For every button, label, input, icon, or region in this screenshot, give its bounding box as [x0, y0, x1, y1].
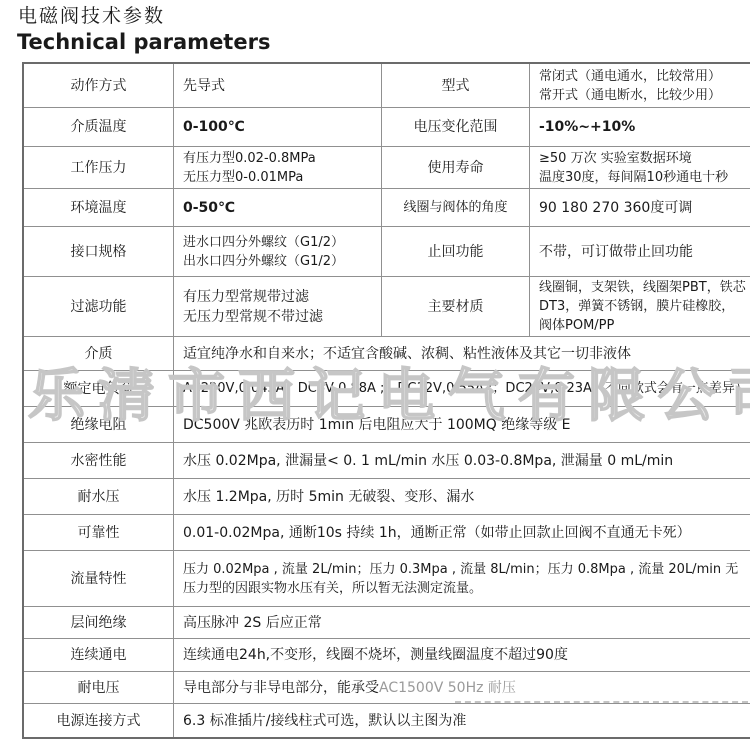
- param-value: 先导式: [174, 64, 382, 107]
- param-label: 绝缘电阻: [24, 407, 174, 442]
- param-value-normal: 导电部分与非导电部分，能承受: [183, 678, 379, 698]
- param-value: 适宜纯净水和自来水；不适宜含酸碱、浓稠、粘性液体及其它一切非液体: [174, 337, 750, 370]
- param-value: 进水口四分外螺纹（G1/2） 出水口四分外螺纹（G1/2）: [174, 227, 382, 276]
- param-label: 耐电压: [24, 672, 174, 703]
- row-continuous-energization: 连续通电 连续通电24h,不变形，线圈不烧坏，测量线圈温度不超过90度: [24, 639, 750, 672]
- row-insulation-resistance: 绝缘电阻 DC500V 兆欧表历时 1min 后电阻应大于 100MQ 绝缘等级…: [24, 407, 750, 443]
- param-value: 线圈铜，支架铁，线圈架PBT，铁芯DT3，弹簧不锈钢，膜片硅橡胶，阀体POM/P…: [530, 277, 750, 336]
- row-interlayer-insulation: 层间绝缘 高压脉冲 2S 后应正常: [24, 607, 750, 639]
- row-medium-temperature: 介质温度 0-100℃ 电压变化范围 -10%~+10%: [24, 108, 750, 147]
- param-value-faded: AC1500V 50Hz 耐压: [379, 678, 516, 698]
- row-power-connection: 电源连接方式 6.3 标准插片/接线柱式可选，默认以主图为准: [24, 704, 750, 737]
- param-value: 不带，可订做带止回功能: [530, 227, 750, 276]
- param-label: 线圈与阀体的角度: [382, 189, 530, 226]
- row-medium: 介质 适宜纯净水和自来水；不适宜含酸碱、浓稠、粘性液体及其它一切非液体: [24, 337, 750, 371]
- param-label: 型式: [382, 64, 530, 107]
- row-operation-mode: 动作方式 先导式 型式 常闭式（通电通水，比较常用） 常开式（通电断水，比较少用…: [24, 64, 750, 108]
- param-value: DC500V 兆欧表历时 1min 后电阻应大于 100MQ 绝缘等级 E: [174, 407, 750, 442]
- param-value: 导电部分与非导电部分，能承受 AC1500V 50Hz 耐压: [174, 672, 750, 703]
- param-value: 0-100℃: [174, 108, 382, 146]
- param-value: -10%~+10%: [530, 108, 750, 146]
- param-label: 介质: [24, 337, 174, 370]
- param-value: 有压力型0.02-0.8MPa 无压力型0-0.01MPa: [174, 147, 382, 188]
- row-water-pressure-resistance: 耐水压 水压 1.2Mpa, 历时 5min 无破裂、变形、漏水: [24, 479, 750, 515]
- param-label: 连续通电: [24, 639, 174, 671]
- param-label: 电源连接方式: [24, 704, 174, 737]
- row-rated-electric-load: 额定电负荷 AC220V,0.045A；DC6V,0.88A ;；DC12V,0…: [24, 371, 750, 407]
- param-label: 止回功能: [382, 227, 530, 276]
- row-flow-characteristics: 流量特性 压力 0.02Mpa , 流量 2L/min；压力 0.3Mpa , …: [24, 551, 750, 607]
- param-label: 额定电负荷: [24, 371, 174, 406]
- page-title-chinese: 电磁阀技术参数: [18, 1, 165, 28]
- param-label: 工作压力: [24, 147, 174, 188]
- param-value: 水压 1.2Mpa, 历时 5min 无破裂、变形、漏水: [174, 479, 750, 514]
- row-ambient-temperature: 环境温度 0-50℃ 线圈与阀体的角度 90 180 270 360度可调: [24, 189, 750, 227]
- param-label: 使用寿命: [382, 147, 530, 188]
- param-label: 环境温度: [24, 189, 174, 226]
- param-value: 90 180 270 360度可调: [530, 189, 750, 226]
- param-value: 水压 0.02Mpa, 泄漏量< 0. 1 mL/min 水压 0.03-0.8…: [174, 443, 750, 478]
- param-label: 主要材质: [382, 277, 530, 336]
- param-value: 连续通电24h,不变形，线圈不烧坏，测量线圈温度不超过90度: [174, 639, 750, 671]
- param-label: 动作方式: [24, 64, 174, 107]
- row-reliability: 可靠性 0.01-0.02Mpa, 通断10s 持续 1h，通断正常（如带止回款…: [24, 515, 750, 551]
- param-value: 有压力型常规带过滤 无压力型常规不带过滤: [174, 277, 382, 336]
- row-filter-function: 过滤功能 有压力型常规带过滤 无压力型常规不带过滤 主要材质 线圈铜，支架铁，线…: [24, 277, 750, 337]
- param-value: ≥50 万次 实验室数据环境 温度30度，每间隔10秒通电十秒: [530, 147, 750, 188]
- param-value: 常闭式（通电通水，比较常用） 常开式（通电断水，比较少用）: [530, 64, 750, 107]
- param-label: 流量特性: [24, 551, 174, 606]
- param-label: 水密性能: [24, 443, 174, 478]
- param-label: 接口规格: [24, 227, 174, 276]
- spec-sheet-page: 电磁阀技术参数 Technical parameters 乐清市西记电气有限公司…: [0, 0, 750, 740]
- param-value: 压力 0.02Mpa , 流量 2L/min；压力 0.3Mpa , 流量 8L…: [174, 551, 750, 606]
- technical-parameters-table: 动作方式 先导式 型式 常闭式（通电通水，比较常用） 常开式（通电断水，比较少用…: [22, 62, 750, 739]
- row-working-pressure: 工作压力 有压力型0.02-0.8MPa 无压力型0-0.01MPa 使用寿命 …: [24, 147, 750, 189]
- param-value: 6.3 标准插片/接线柱式可选，默认以主图为准: [174, 704, 750, 737]
- param-value: 0-50℃: [174, 189, 382, 226]
- page-title-english: Technical parameters: [17, 30, 270, 54]
- param-label: 可靠性: [24, 515, 174, 550]
- row-port-specification: 接口规格 进水口四分外螺纹（G1/2） 出水口四分外螺纹（G1/2） 止回功能 …: [24, 227, 750, 277]
- param-label: 层间绝缘: [24, 607, 174, 638]
- row-water-tightness: 水密性能 水压 0.02Mpa, 泄漏量< 0. 1 mL/min 水压 0.0…: [24, 443, 750, 479]
- param-label: 介质温度: [24, 108, 174, 146]
- param-value: AC220V,0.045A；DC6V,0.88A ;；DC12V,0.55A ;…: [174, 371, 750, 406]
- param-label: 耐水压: [24, 479, 174, 514]
- param-label: 过滤功能: [24, 277, 174, 336]
- param-value: 0.01-0.02Mpa, 通断10s 持续 1h，通断正常（如带止回款止回阀不…: [174, 515, 750, 550]
- param-value: 高压脉冲 2S 后应正常: [174, 607, 750, 638]
- row-withstand-voltage: 耐电压 导电部分与非导电部分，能承受 AC1500V 50Hz 耐压: [24, 672, 750, 704]
- param-label: 电压变化范围: [382, 108, 530, 146]
